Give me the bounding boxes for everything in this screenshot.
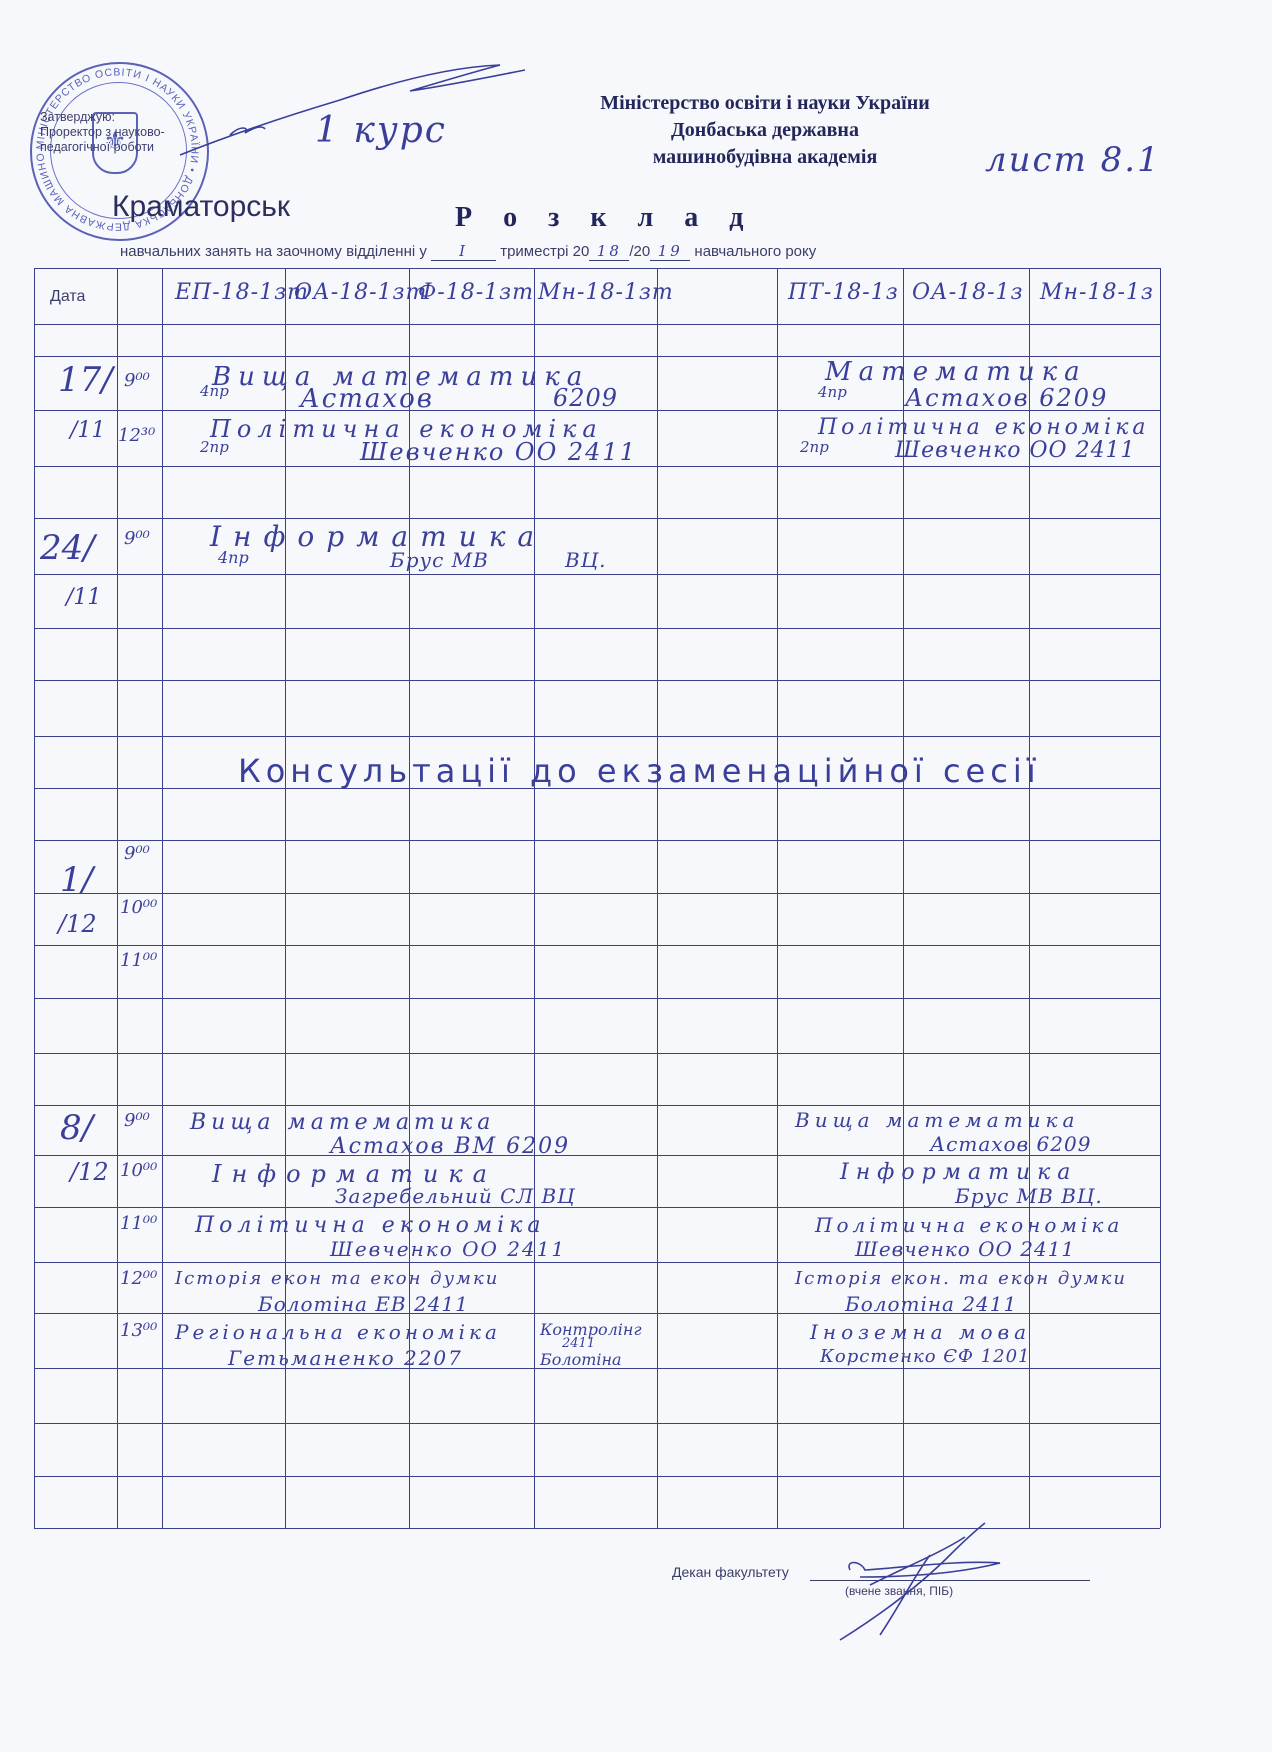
date-month: /12 <box>70 1158 109 1186</box>
date-month: /11 <box>66 585 101 610</box>
column-header-group: ЕП-18-1зт <box>175 280 309 305</box>
lesson-time: 9⁰⁰ <box>124 370 150 391</box>
column-header-group: Мн-18-1зт <box>538 280 674 305</box>
lesson-teacher: Болотіна ЕВ 2411 <box>258 1292 469 1316</box>
date-day: 17/ <box>58 360 113 400</box>
lesson-time: 9⁰⁰ <box>124 528 150 549</box>
date-day: 24/ <box>40 528 95 568</box>
table-row-line <box>34 1105 1160 1106</box>
dean-label: Декан факультету <box>672 1564 789 1580</box>
lesson-time: 9⁰⁰ <box>124 843 150 864</box>
table-row-line <box>34 1053 1160 1054</box>
lesson-time: 11⁰⁰ <box>120 950 157 971</box>
lesson-subject: Історія екон. та екон думки <box>795 1268 1127 1289</box>
lesson-subject: Інформатика <box>840 1160 1077 1185</box>
lesson-room: 6209 <box>553 384 618 412</box>
table-row-line <box>34 628 1160 629</box>
table-column-line <box>777 268 778 1528</box>
lesson-time: 13⁰⁰ <box>120 1320 157 1341</box>
lesson-time: 11⁰⁰ <box>120 1213 157 1234</box>
lesson-hours: 4пр <box>218 548 249 567</box>
lesson-time: 10⁰⁰ <box>120 1160 157 1181</box>
lesson-subject: Політична економіка <box>195 1213 545 1238</box>
lesson-teacher: Астахов <box>300 384 434 414</box>
table-row-line <box>34 893 1160 894</box>
lesson-subject: Регіональна економіка <box>175 1320 501 1344</box>
lesson-teacher: Шевченко ОО 2411 <box>855 1237 1075 1261</box>
lesson-room: 2411 <box>562 1336 595 1351</box>
table-column-line <box>1160 268 1161 1528</box>
column-header-group: ОА-18-1з <box>912 280 1024 305</box>
lesson-subject: Політична економіка <box>815 1213 1123 1237</box>
lesson-subject: Вища математика <box>795 1108 1079 1132</box>
table-row-line <box>34 1476 1160 1477</box>
date-day: 8/ <box>60 1108 93 1148</box>
lesson-subject: Вища математика <box>190 1110 495 1135</box>
table-row-line <box>34 574 1160 575</box>
lesson-room: ВЦ. <box>565 548 607 572</box>
column-header-group: Мн-18-1з <box>1040 280 1154 305</box>
lesson-time: 9⁰⁰ <box>124 1110 150 1131</box>
lesson-teacher: Брус МВ ВЦ. <box>955 1184 1103 1208</box>
lesson-subject: Іноземна мова <box>810 1320 1031 1344</box>
lesson-teacher: Болотіна 2411 <box>845 1292 1017 1316</box>
lesson-teacher: Шевченко ОО 2411 <box>895 438 1136 463</box>
table-column-line <box>117 268 118 1528</box>
table-row-line <box>34 324 1160 325</box>
table-column-line <box>162 268 163 1528</box>
dean-signature <box>820 1515 1020 1645</box>
table-row-line <box>34 268 1160 269</box>
date-month: /11 <box>70 418 105 443</box>
lesson-subject: Інформатика <box>210 520 546 553</box>
lesson-hours: 4пр <box>200 382 229 400</box>
lesson-teacher: Астахов ВМ 6209 <box>330 1134 570 1159</box>
lesson-teacher: Астахов 6209 <box>930 1132 1091 1156</box>
lesson-teacher: Брус МВ <box>390 548 489 572</box>
column-header-group: ОА-18-1зт <box>294 280 427 305</box>
lesson-subject: Історія екон та екон думки <box>175 1268 499 1289</box>
lesson-time: 12⁰⁰ <box>120 1268 157 1289</box>
lesson-teacher: Загребельний СЛ ВЦ <box>335 1184 576 1208</box>
lesson-teacher: Астахов 6209 <box>905 384 1108 412</box>
table-row-line <box>34 680 1160 681</box>
lesson-teacher: Гетьманенко 2207 <box>228 1346 463 1370</box>
table-row-line <box>34 518 1160 519</box>
lesson-hours: 2пр <box>800 438 829 456</box>
lesson-time: 12³⁰ <box>118 425 155 446</box>
lesson-subject: Математика <box>825 357 1087 387</box>
column-header-group: ПТ-18-1з <box>788 280 899 305</box>
lesson-teacher: Корстенко ЄФ 1201 <box>820 1346 1031 1367</box>
schedule-table <box>0 0 1272 1752</box>
lesson-teacher: Шевченко ОО 2411 <box>330 1237 566 1261</box>
consultation-banner: Консультації до екзаменаційної сесії <box>238 752 1041 790</box>
table-row-line <box>34 736 1160 737</box>
lesson-hours: 4пр <box>818 383 847 401</box>
column-header-date: Дата <box>50 288 85 306</box>
date-day: 1/ <box>60 860 93 900</box>
lesson-teacher: Болотіна <box>540 1350 622 1369</box>
table-column-line <box>34 268 35 1528</box>
table-column-line <box>657 268 658 1528</box>
table-row-line <box>34 1423 1160 1424</box>
lesson-hours: 2пр <box>200 438 229 456</box>
table-row-line <box>34 998 1160 999</box>
lesson-teacher: Шевченко ОО 2411 <box>360 438 637 466</box>
table-row-line <box>34 945 1160 946</box>
table-row-line <box>34 1262 1160 1263</box>
column-header-group: Ф-18-1зт <box>418 280 534 305</box>
table-row-line <box>34 466 1160 467</box>
table-row-line <box>34 840 1160 841</box>
date-month: /12 <box>58 910 97 938</box>
lesson-time: 10⁰⁰ <box>120 897 157 918</box>
lesson-subject: Політична економіка <box>818 415 1149 440</box>
